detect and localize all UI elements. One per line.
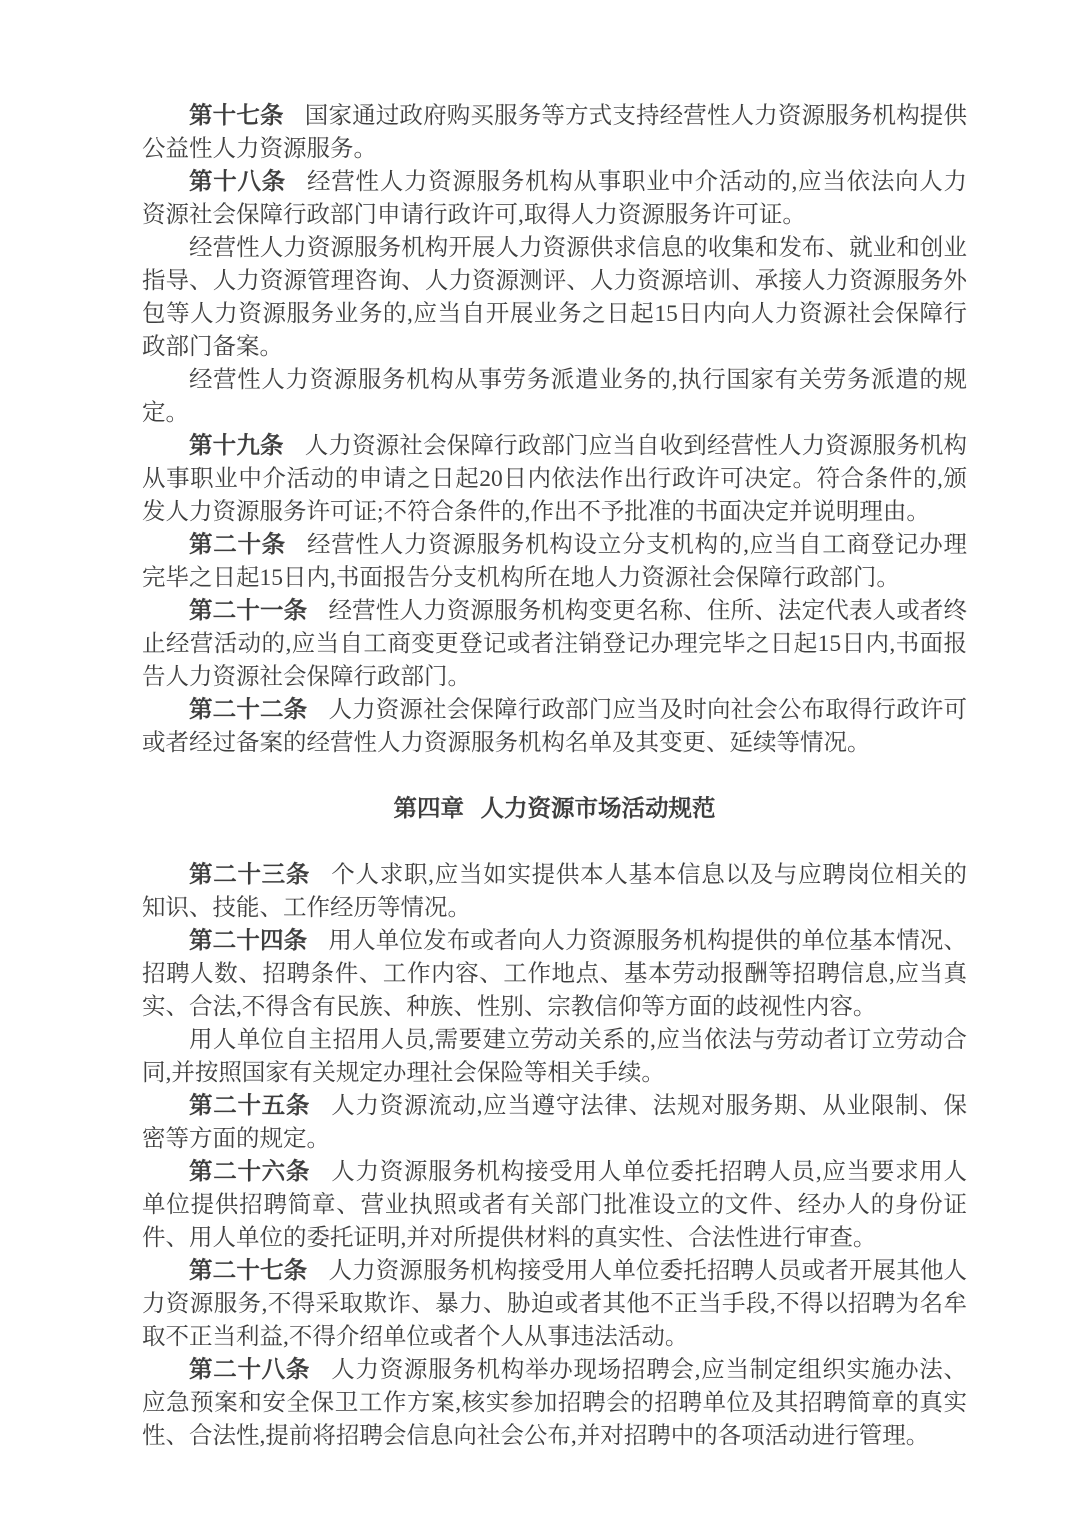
article-number: 第二十五条 — [189, 1093, 331, 1119]
article-number: 第二十二条 — [189, 697, 328, 723]
document-body: 第十七条国家通过政府购买服务等方式支持经营性人力资源服务机构提供公益性人力资源服… — [142, 100, 967, 1453]
article-paragraph: 第二十一条经营性人力资源服务机构变更名称、住所、法定代表人或者终止经营活动的,应… — [142, 595, 967, 694]
article-paragraph: 第二十四条用人单位发布或者向人力资源服务机构提供的单位基本情况、招聘人数、招聘条… — [142, 925, 967, 1024]
article-number: 第二十四条 — [189, 928, 328, 954]
article-number: 第二十七条 — [189, 1258, 328, 1284]
body-paragraph: 用人单位自主招用人员,需要建立劳动关系的,应当依法与劳动者订立劳动合同,并按照国… — [142, 1024, 967, 1090]
paragraph-text: 经营性人力资源服务机构从事劳务派遣业务的,执行国家有关劳务派遣的规定。 — [142, 367, 967, 426]
article-paragraph: 第二十条经营性人力资源服务机构设立分支机构的,应当自工商登记办理完毕之日起15日… — [142, 529, 967, 595]
article-number: 第二十一条 — [189, 598, 328, 624]
article-number: 第二十六条 — [189, 1159, 331, 1185]
chapter-number: 第四章 — [394, 796, 481, 822]
article-number: 第二十三条 — [189, 862, 331, 888]
paragraph-text: 经营性人力资源服务机构开展人力资源供求信息的收集和发布、就业和创业指导、人力资源… — [142, 235, 967, 360]
article-paragraph: 第二十二条人力资源社会保障行政部门应当及时向社会公布取得行政许可或者经过备案的经… — [142, 694, 967, 760]
article-number: 第二十八条 — [189, 1357, 331, 1383]
body-paragraph: 经营性人力资源服务机构开展人力资源供求信息的收集和发布、就业和创业指导、人力资源… — [142, 232, 967, 364]
article-paragraph: 第二十八条人力资源服务机构举办现场招聘会,应当制定组织实施办法、应急预案和安全保… — [142, 1354, 967, 1453]
article-paragraph: 第十九条人力资源社会保障行政部门应当自收到经营性人力资源服务机构从事职业中介活动… — [142, 430, 967, 529]
article-number: 第十九条 — [189, 433, 305, 459]
article-paragraph: 第十八条经营性人力资源服务机构从事职业中介活动的,应当依法向人力资源社会保障行政… — [142, 166, 967, 232]
chapter-title: 人力资源市场活动规范 — [480, 796, 715, 822]
article-number: 第十八条 — [189, 169, 307, 195]
chapter-heading: 第四章人力资源市场活动规范 — [142, 793, 967, 826]
paragraph-text: 用人单位自主招用人员,需要建立劳动关系的,应当依法与劳动者订立劳动合同,并按照国… — [142, 1027, 967, 1086]
article-paragraph: 第二十三条个人求职,应当如实提供本人基本信息以及与应聘岗位相关的知识、技能、工作… — [142, 859, 967, 925]
article-number: 第十七条 — [189, 103, 305, 129]
article-paragraph: 第二十六条人力资源服务机构接受用人单位委托招聘人员,应当要求用人单位提供招聘简章… — [142, 1156, 967, 1255]
article-number: 第二十条 — [189, 532, 307, 558]
body-paragraph: 经营性人力资源服务机构从事劳务派遣业务的,执行国家有关劳务派遣的规定。 — [142, 364, 967, 430]
article-paragraph: 第十七条国家通过政府购买服务等方式支持经营性人力资源服务机构提供公益性人力资源服… — [142, 100, 967, 166]
article-paragraph: 第二十五条人力资源流动,应当遵守法律、法规对服务期、从业限制、保密等方面的规定。 — [142, 1090, 967, 1156]
article-paragraph: 第二十七条人力资源服务机构接受用人单位委托招聘人员或者开展其他人力资源服务,不得… — [142, 1255, 967, 1354]
document-page: 第十七条国家通过政府购买服务等方式支持经营性人力资源服务机构提供公益性人力资源服… — [0, 0, 1074, 1520]
